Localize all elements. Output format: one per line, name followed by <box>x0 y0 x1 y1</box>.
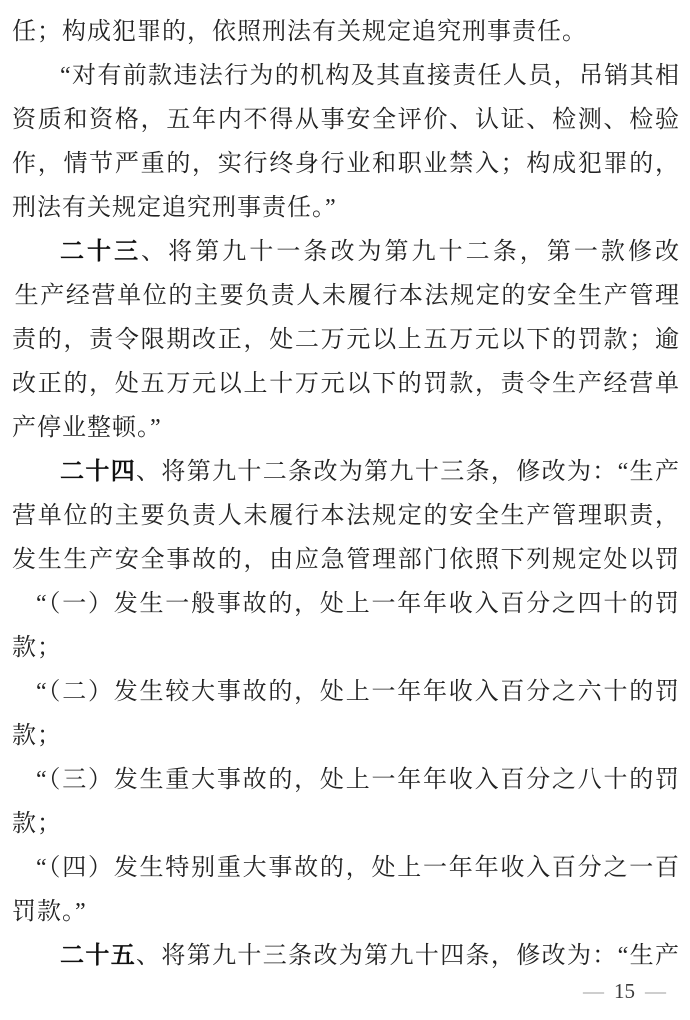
text-line: 二十四、将第九十二条改为第九十三条，修改为：“生产经 <box>12 450 680 494</box>
text-line: 任；构成犯罪的，依照刑法有关规定追究刑事责任。 <box>12 10 680 54</box>
text-line: “（一）发生一般事故的，处上一年年收入百分之四十的罚 <box>12 582 680 626</box>
text-line: 发生生产安全事故的，由应急管理部门依照下列规定处以罚款： <box>12 538 680 582</box>
page-number-value: 15 <box>614 979 635 1003</box>
text-line: 作，情节严重的，实行终身行业和职业禁入；构成犯罪的，依照 <box>12 142 680 186</box>
text-line: 二十三、将第九十一条改为第九十二条，第一款修改为： <box>12 230 680 274</box>
text-line: 款； <box>12 802 680 846</box>
text-line: 刑法有关规定追究刑事责任。” <box>12 186 680 230</box>
section-number: 二十五 <box>60 942 136 969</box>
page-number-dash-left: — <box>583 979 604 1003</box>
document-page: 任；构成犯罪的，依照刑法有关规定追究刑事责任。“对有前款违法行为的机构及其直接责… <box>0 0 690 1020</box>
section-number: 二十三 <box>60 238 141 265</box>
text-line: 改正的，处五万元以上十万元以下的罚款，责令生产经营单位停 <box>12 362 680 406</box>
text-line: “（三）发生重大事故的，处上一年年收入百分之八十的罚 <box>12 758 680 802</box>
text-line: “（二）发生较大事故的，处上一年年收入百分之六十的罚 <box>12 670 680 714</box>
text-line: 款； <box>12 626 680 670</box>
text-line: 产停业整顿。” <box>12 406 680 450</box>
text-line: 营单位的主要负责人未履行本法规定的安全生产管理职责，导致 <box>12 494 680 538</box>
section-number: 二十四 <box>60 458 136 485</box>
text-line: 责的，责令限期改正，处二万元以上五万元以下的罚款；逾期未 <box>12 318 680 362</box>
text-line: “对有前款违法行为的机构及其直接责任人员，吊销其相应 <box>12 54 680 98</box>
text-line: 款； <box>12 714 680 758</box>
page-number: —15— <box>583 976 666 1006</box>
text-line: “生产经营单位的主要负责人未履行本法规定的安全生产管理职 <box>12 274 680 318</box>
text-line: “（四）发生特别重大事故的，处上一年年收入百分之一百的 <box>12 846 680 890</box>
text-line: 罚款。” <box>12 890 680 934</box>
text-line: 资质和资格，五年内不得从事安全评价、认证、检测、检验等工 <box>12 98 680 142</box>
text-line: 二十五、将第九十三条改为第九十四条，修改为：“生产经 <box>12 934 680 978</box>
page-number-dash-right: — <box>645 979 666 1003</box>
document-content: 任；构成犯罪的，依照刑法有关规定追究刑事责任。“对有前款违法行为的机构及其直接责… <box>12 10 680 978</box>
